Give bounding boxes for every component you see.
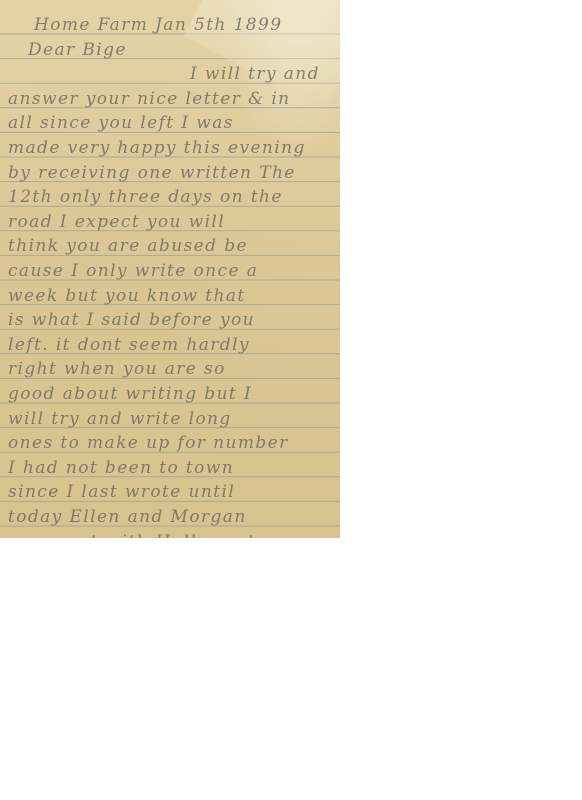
letter-line: today Ellen and Morgan [0,506,340,531]
letter-line: came out with Holly yester [0,531,340,538]
letter-line: road I expect you will [0,211,340,236]
letter-line: all since you left I was [0,112,340,137]
letter-line: since I last wrote until [0,481,340,506]
letter-line: by receiving one written The [0,162,340,187]
letter-line: week but you know that [0,285,340,310]
letter-line: answer your nice letter & in [0,88,340,113]
letter-line: Dear Bige [0,39,340,64]
letter-line: 12th only three days on the [0,186,340,211]
letter-line: I will try and [0,63,340,88]
letter-line: Home Farm Jan 5th 1899 [0,14,340,39]
letter-line: think you are abused be [0,235,340,260]
letter-line: is what I said before you [0,309,340,334]
letter-line: cause I only write once a [0,260,340,285]
letter-line: made very happy this evening [0,137,340,162]
letter-line: will try and write long [0,408,340,433]
letter-line: good about writing but I [0,383,340,408]
letter-page: Home Farm Jan 5th 1899Dear BigeI will tr… [0,0,340,538]
letter-line: I had not been to town [0,457,340,482]
letter-line: ones to make up for number [0,432,340,457]
letter-line: left. it dont seem hardly [0,334,340,359]
letter-line: right when you are so [0,358,340,383]
